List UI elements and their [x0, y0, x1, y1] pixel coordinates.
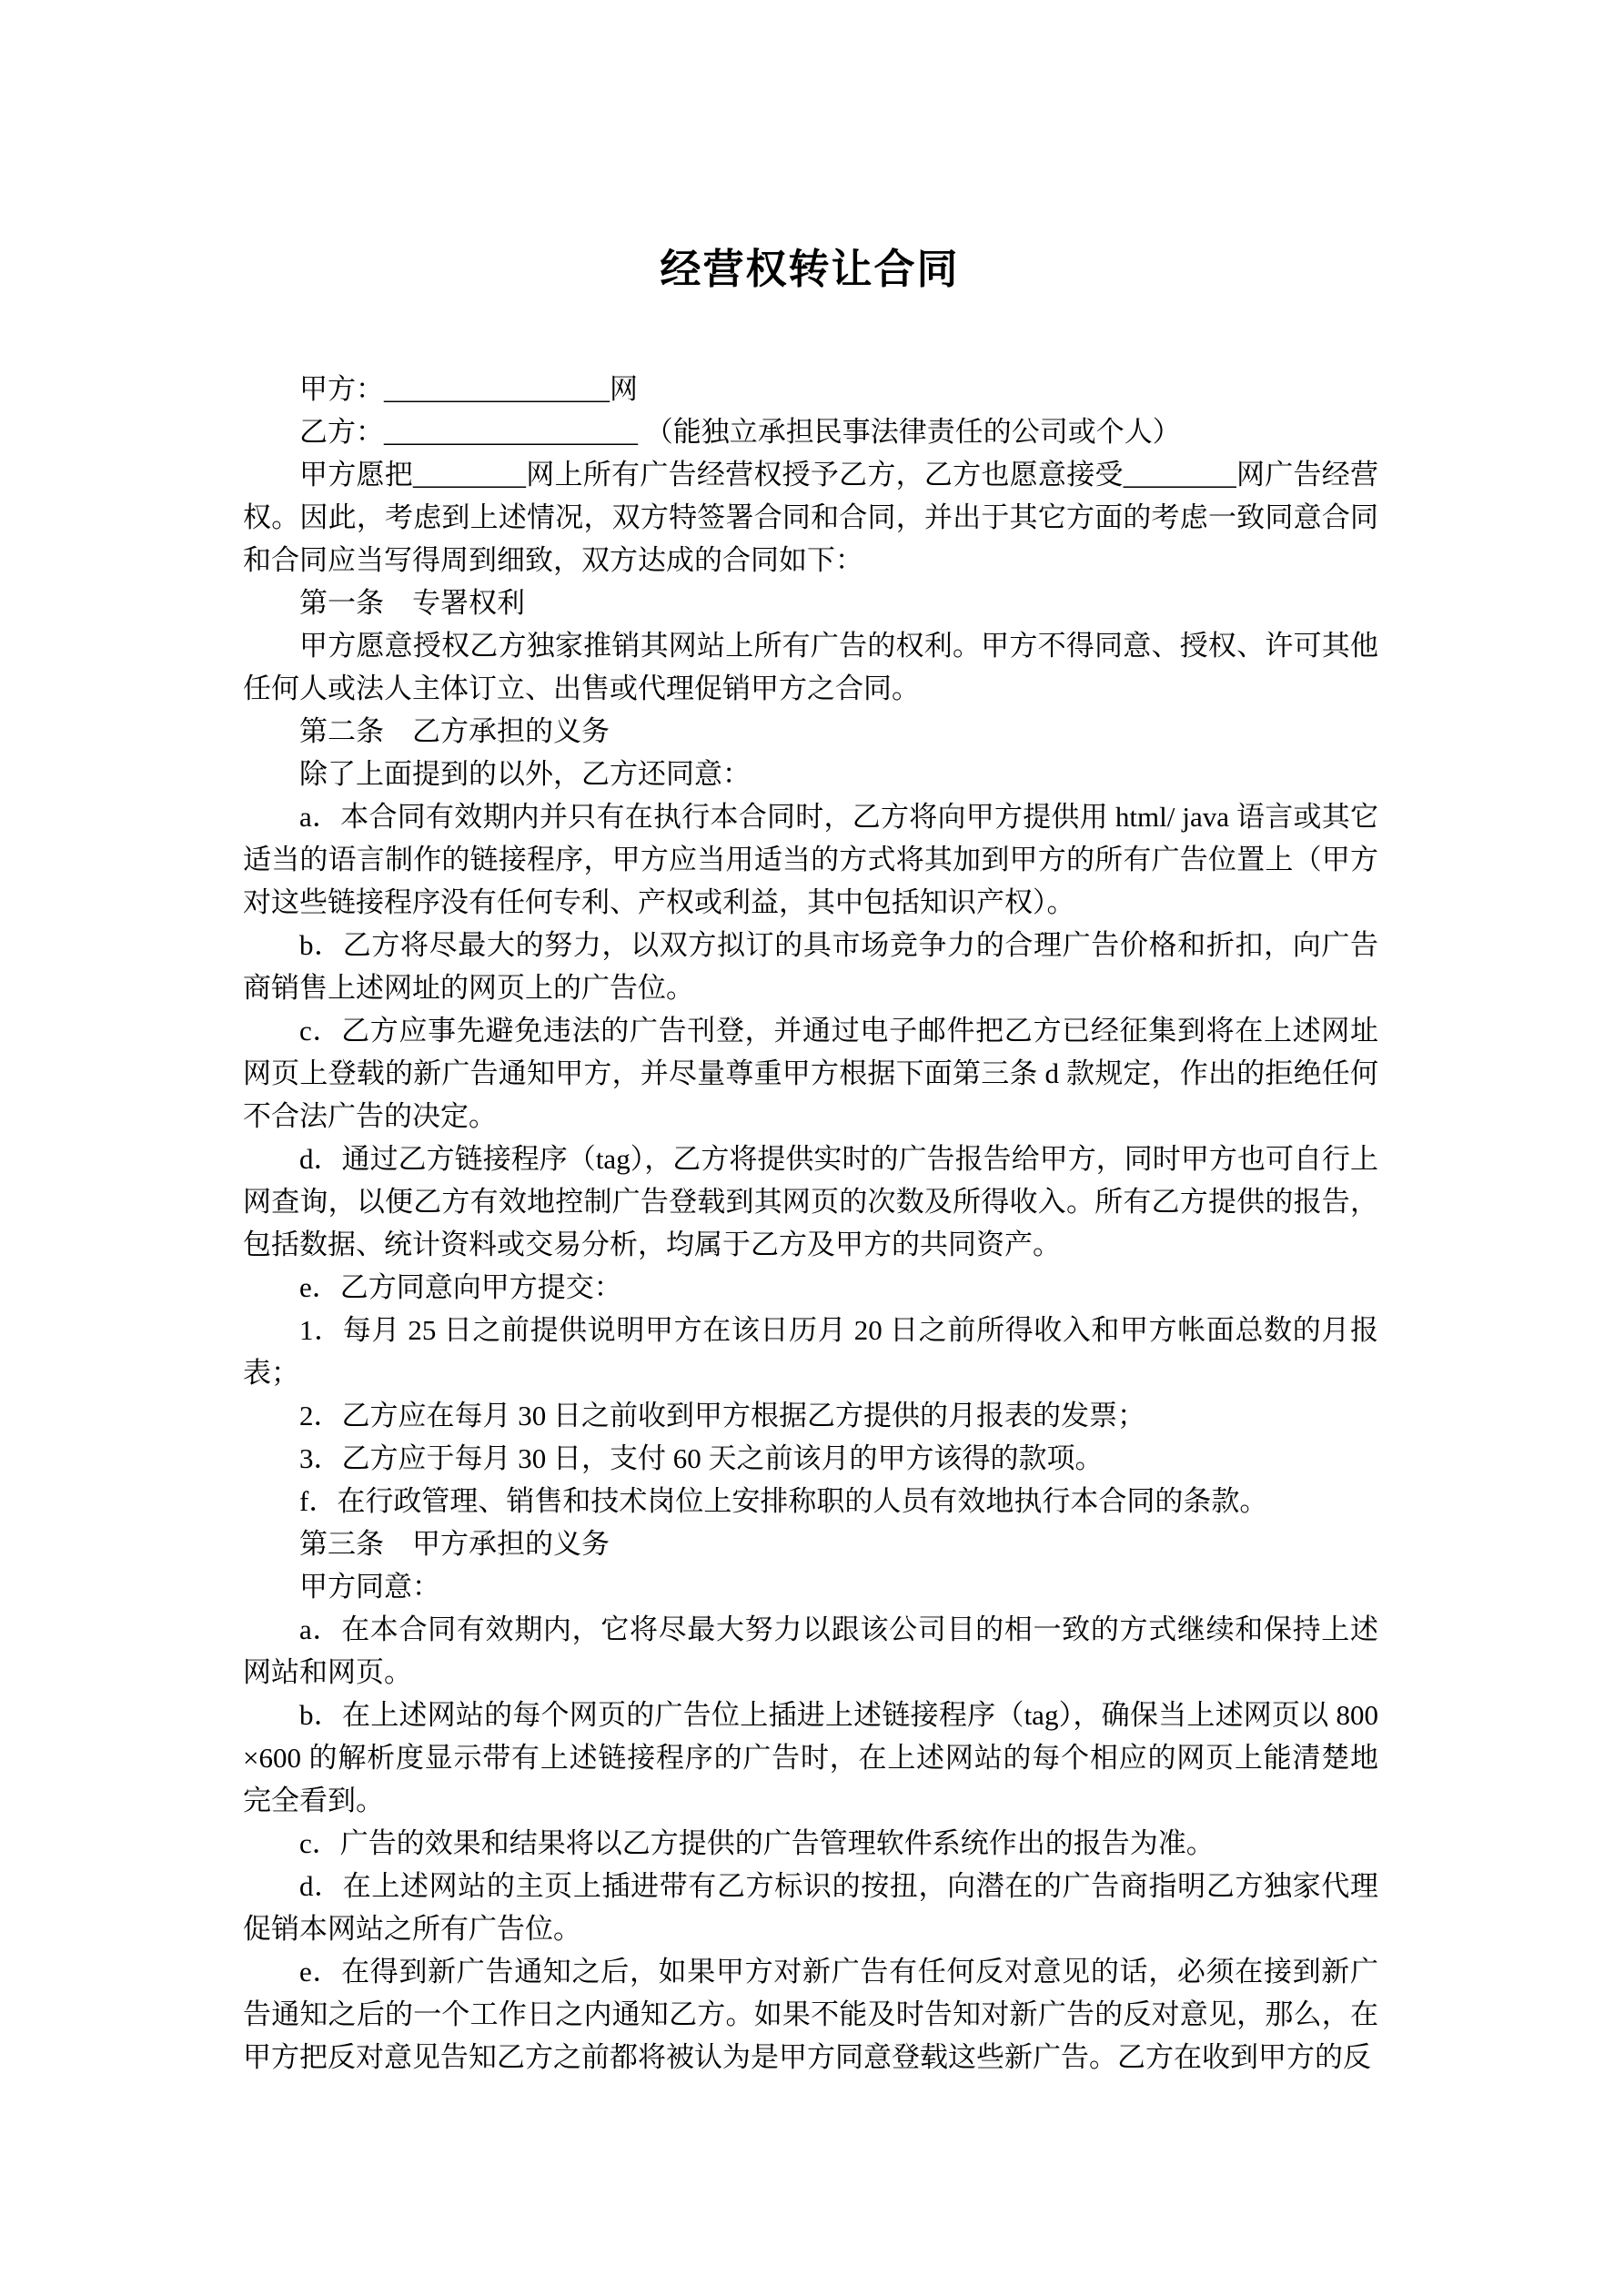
paragraph: 甲方同意：	[243, 1565, 1378, 1608]
paragraph: b．在上述网站的每个网页的广告位上插进上述链接程序（tag），确保当上述网页以 …	[243, 1694, 1378, 1822]
paragraph: 除了上面提到的以外，乙方还同意：	[243, 753, 1378, 795]
paragraph: e．在得到新广告通知之后，如果甲方对新广告有任何反对意见的话，必须在接到新广告通…	[243, 1950, 1378, 2079]
paragraph: 第一条 专署权利	[243, 582, 1378, 624]
paragraph: f．在行政管理、销售和技术岗位上安排称职的人员有效地执行本合同的条款。	[243, 1480, 1378, 1522]
paragraph: b．乙方将尽最大的努力，以双方拟订的具市场竞争力的合理广告价格和折扣，向广告商销…	[243, 924, 1378, 1009]
paragraph: c．乙方应事先避免违法的广告刊登，并通过电子邮件把乙方已经征集到将在上述网址网页…	[243, 1009, 1378, 1138]
paragraph: 第三条 甲方承担的义务	[243, 1522, 1378, 1565]
paragraph: a．在本合同有效期内，它将尽最大努力以跟该公司目的相一致的方式继续和保持上述网站…	[243, 1608, 1378, 1694]
paragraph: d．在上述网站的主页上插进带有乙方标识的按扭，向潜在的广告商指明乙方独家代理促销…	[243, 1865, 1378, 1950]
paragraph: c．广告的效果和结果将以乙方提供的广告管理软件系统作出的报告为准。	[243, 1822, 1378, 1865]
paragraph: 3．乙方应于每月 30 日，支付 60 天之前该月的甲方该得的款项。	[243, 1437, 1378, 1480]
paragraph: 2．乙方应在每月 30 日之前收到甲方根据乙方提供的月报表的发票；	[243, 1394, 1378, 1437]
paragraph: 甲方愿意授权乙方独家推销其网站上所有广告的权利。甲方不得同意、授权、许可其他任何…	[243, 624, 1378, 710]
document-body: 甲方：________________网乙方：_________________…	[243, 368, 1378, 2079]
document-page: 经营权转让合同 甲方：________________网乙方：_________…	[0, 0, 1624, 2296]
paragraph: 1．每月 25 日之前提供说明甲方在该日历月 20 日之前所得收入和甲方帐面总数…	[243, 1309, 1378, 1394]
paragraph: 甲方：________________网	[243, 368, 1378, 410]
paragraph: d．通过乙方链接程序（tag），乙方将提供实时的广告报告给甲方，同时甲方也可自行…	[243, 1138, 1378, 1266]
paragraph: 甲方愿把________网上所有广告经营权授予乙方，乙方也愿意接受_______…	[243, 453, 1378, 582]
paragraph: e．乙方同意向甲方提交：	[243, 1266, 1378, 1309]
paragraph: 乙方：__________________ （能独立承担民事法律责任的公司或个人…	[243, 410, 1378, 453]
document-title: 经营权转让合同	[242, 244, 1377, 295]
paragraph: a．本合同有效期内并只有在执行本合同时，乙方将向甲方提供用 html/ java…	[243, 795, 1378, 924]
paragraph: 第二条 乙方承担的义务	[243, 710, 1378, 753]
